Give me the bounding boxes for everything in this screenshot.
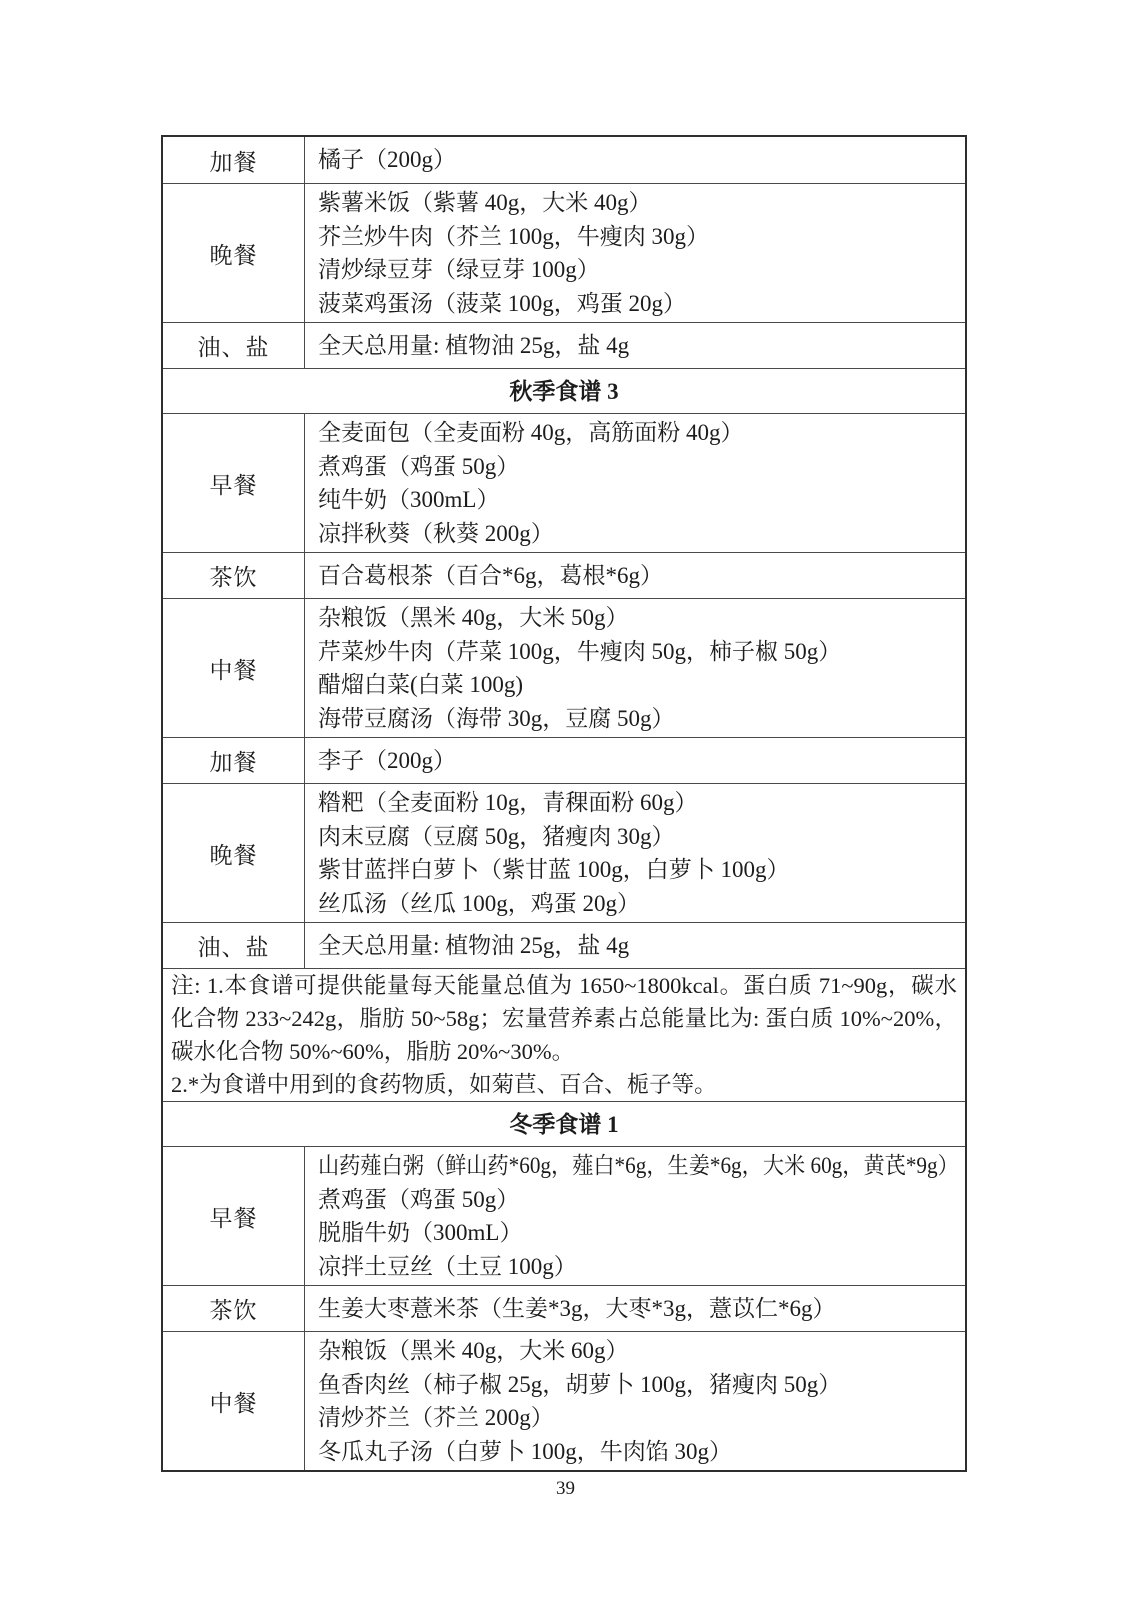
dish-line: 芹菜炒牛肉（芹菜 100g，牛瘦肉 50g，柿子椒 50g）: [318, 635, 959, 669]
meal-label: 油、盐: [163, 323, 305, 368]
meal-label: 中餐: [163, 599, 305, 737]
dish-line: 全天总用量: 植物油 25g，盐 4g: [318, 929, 959, 963]
meal-content: 全麦面包（全麦面粉 40g，高筋面粉 40g）煮鸡蛋（鸡蛋 50g）纯牛奶（30…: [305, 414, 965, 552]
dish-line: 生姜大枣薏米茶（生姜*3g，大枣*3g，薏苡仁*6g）: [318, 1292, 959, 1326]
meal-content: 李子（200g）: [305, 738, 965, 783]
dish-line: 橘子（200g）: [318, 143, 959, 177]
meal-row: 早餐山药薤白粥（鲜山药*60g，薤白*6g，生姜*6g，大米 60g，黄芪*9g…: [163, 1146, 965, 1285]
meal-content: 全天总用量: 植物油 25g，盐 4g: [305, 923, 965, 968]
meal-content: 山药薤白粥（鲜山药*60g，薤白*6g，生姜*6g，大米 60g，黄芪*9g）煮…: [305, 1147, 965, 1285]
meal-content: 紫薯米饭（紫薯 40g，大米 40g）芥兰炒牛肉（芥兰 100g，牛瘦肉 30g…: [305, 184, 965, 322]
meal-row: 加餐李子（200g）: [163, 737, 965, 783]
note-line: 注: 1.本食谱可提供能量每天能量总值为 1650~1800kcal。蛋白质 7…: [171, 969, 957, 1068]
meal-row: 油、盐全天总用量: 植物油 25g，盐 4g: [163, 322, 965, 368]
meal-label: 晚餐: [163, 184, 305, 322]
dish-line: 紫薯米饭（紫薯 40g，大米 40g）: [318, 186, 959, 220]
section-header: 秋季食谱 3: [163, 368, 965, 413]
meal-label: 加餐: [163, 137, 305, 183]
dish-line: 醋熘白菜(白菜 100g): [318, 668, 959, 702]
meal-row: 茶饮生姜大枣薏米茶（生姜*3g，大枣*3g，薏苡仁*6g）: [163, 1285, 965, 1331]
dish-line: 冬瓜丸子汤（白萝卜 100g，牛肉馅 30g）: [318, 1435, 959, 1469]
meal-content: 百合葛根茶（百合*6g，葛根*6g）: [305, 553, 965, 598]
dish-line: 山药薤白粥（鲜山药*60g，薤白*6g，生姜*6g，大米 60g，黄芪*9g）: [318, 1149, 908, 1183]
dish-line: 清炒芥兰（芥兰 200g）: [318, 1401, 959, 1435]
meal-row: 加餐橘子（200g）: [163, 137, 965, 183]
meal-content: 生姜大枣薏米茶（生姜*3g，大枣*3g，薏苡仁*6g）: [305, 1286, 965, 1331]
meal-row: 油、盐全天总用量: 植物油 25g，盐 4g: [163, 922, 965, 968]
note-line: 2.*为食谱中用到的食药物质，如菊苣、百合、栀子等。: [171, 1068, 957, 1101]
dish-line: 肉末豆腐（豆腐 50g，猪瘦肉 30g）: [318, 820, 959, 854]
dish-line: 全麦面包（全麦面粉 40g，高筋面粉 40g）: [318, 416, 959, 450]
dish-line: 鱼香肉丝（柿子椒 25g，胡萝卜 100g，猪瘦肉 50g）: [318, 1368, 959, 1402]
meal-content: 杂粮饭（黑米 40g，大米 60g）鱼香肉丝（柿子椒 25g，胡萝卜 100g，…: [305, 1332, 965, 1470]
dish-line: 凉拌秋葵（秋葵 200g）: [318, 517, 959, 551]
dish-line: 百合葛根茶（百合*6g，葛根*6g）: [318, 559, 959, 593]
meal-row: 晚餐紫薯米饭（紫薯 40g，大米 40g）芥兰炒牛肉（芥兰 100g，牛瘦肉 3…: [163, 183, 965, 322]
dish-line: 杂粮饭（黑米 40g，大米 60g）: [318, 1334, 959, 1368]
meal-label: 茶饮: [163, 553, 305, 598]
meal-content: 全天总用量: 植物油 25g，盐 4g: [305, 323, 965, 368]
dish-line: 凉拌土豆丝（土豆 100g）: [318, 1250, 959, 1284]
meal-label: 中餐: [163, 1332, 305, 1470]
meal-row: 茶饮百合葛根茶（百合*6g，葛根*6g）: [163, 552, 965, 598]
dish-line: 纯牛奶（300mL）: [318, 483, 959, 517]
meal-row: 中餐杂粮饭（黑米 40g，大米 50g）芹菜炒牛肉（芹菜 100g，牛瘦肉 50…: [163, 598, 965, 737]
dish-line: 丝瓜汤（丝瓜 100g，鸡蛋 20g）: [318, 887, 959, 921]
meal-row: 早餐全麦面包（全麦面粉 40g，高筋面粉 40g）煮鸡蛋（鸡蛋 50g）纯牛奶（…: [163, 413, 965, 552]
dish-line: 李子（200g）: [318, 744, 959, 778]
page-number: 39: [0, 1478, 1131, 1500]
dish-line: 菠菜鸡蛋汤（菠菜 100g，鸡蛋 20g）: [318, 287, 959, 321]
dish-line: 杂粮饭（黑米 40g，大米 50g）: [318, 601, 959, 635]
meal-row: 中餐杂粮饭（黑米 40g，大米 60g）鱼香肉丝（柿子椒 25g，胡萝卜 100…: [163, 1331, 965, 1470]
dish-line: 清炒绿豆芽（绿豆芽 100g）: [318, 253, 959, 287]
meal-label: 早餐: [163, 1147, 305, 1285]
meal-plan-table: 加餐橘子（200g）晚餐紫薯米饭（紫薯 40g，大米 40g）芥兰炒牛肉（芥兰 …: [161, 135, 967, 1472]
meal-label: 早餐: [163, 414, 305, 552]
meal-content: 橘子（200g）: [305, 137, 965, 183]
dish-line: 全天总用量: 植物油 25g，盐 4g: [318, 329, 959, 363]
document-page: 加餐橘子（200g）晚餐紫薯米饭（紫薯 40g，大米 40g）芥兰炒牛肉（芥兰 …: [0, 0, 1131, 1600]
dish-line: 芥兰炒牛肉（芥兰 100g，牛瘦肉 30g）: [318, 220, 959, 254]
dish-line: 海带豆腐汤（海带 30g，豆腐 50g）: [318, 702, 959, 736]
dish-line: 糌粑（全麦面粉 10g，青稞面粉 60g）: [318, 786, 959, 820]
dish-line: 紫甘蓝拌白萝卜（紫甘蓝 100g，白萝卜 100g）: [318, 853, 959, 887]
dish-line: 脱脂牛奶（300mL）: [318, 1216, 959, 1250]
dish-line: 煮鸡蛋（鸡蛋 50g）: [318, 1183, 959, 1217]
note-row: 注: 1.本食谱可提供能量每天能量总值为 1650~1800kcal。蛋白质 7…: [163, 968, 965, 1101]
meal-row: 晚餐糌粑（全麦面粉 10g，青稞面粉 60g）肉末豆腐（豆腐 50g，猪瘦肉 3…: [163, 783, 965, 922]
meal-label: 茶饮: [163, 1286, 305, 1331]
section-header: 冬季食谱 1: [163, 1101, 965, 1146]
dish-line: 煮鸡蛋（鸡蛋 50g）: [318, 450, 959, 484]
meal-label: 加餐: [163, 738, 305, 783]
meal-content: 杂粮饭（黑米 40g，大米 50g）芹菜炒牛肉（芹菜 100g，牛瘦肉 50g，…: [305, 599, 965, 737]
meal-label: 晚餐: [163, 784, 305, 922]
meal-content: 糌粑（全麦面粉 10g，青稞面粉 60g）肉末豆腐（豆腐 50g，猪瘦肉 30g…: [305, 784, 965, 922]
meal-label: 油、盐: [163, 923, 305, 968]
